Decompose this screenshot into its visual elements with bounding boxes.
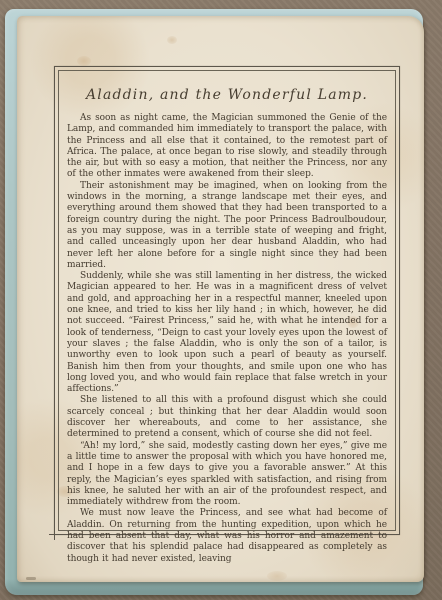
foxing-spot bbox=[167, 36, 177, 44]
photo-backdrop: Aladdin, and the Wonderful Lamp. As soon… bbox=[0, 0, 442, 600]
page-title: Aladdin, and the Wonderful Lamp. bbox=[67, 87, 387, 103]
paragraph: She listened to all this with a profound… bbox=[67, 395, 387, 440]
double-rule-frame: Aladdin, and the Wonderful Lamp. As soon… bbox=[54, 66, 400, 535]
foxing-spot bbox=[77, 56, 91, 66]
foxing-spot bbox=[267, 571, 287, 581]
rule-overshoot bbox=[54, 530, 55, 540]
paragraph: As soon as night came, the Magician summ… bbox=[67, 113, 387, 181]
paragraph: Their astonishment may be imagined, when… bbox=[67, 181, 387, 271]
inner-rule: Aladdin, and the Wonderful Lamp. As soon… bbox=[58, 70, 396, 531]
story-text: As soon as night came, the Magician summ… bbox=[67, 113, 387, 565]
paragraph: Suddenly, while she was still lamenting … bbox=[67, 271, 387, 395]
paragraph: We must now leave the Princess, and see … bbox=[67, 508, 387, 564]
printer-mark-smudge bbox=[26, 577, 36, 580]
text-block: Aladdin, and the Wonderful Lamp. As soon… bbox=[67, 83, 387, 565]
paragraph: “Ah! my lord,” she said, modestly castin… bbox=[67, 441, 387, 509]
